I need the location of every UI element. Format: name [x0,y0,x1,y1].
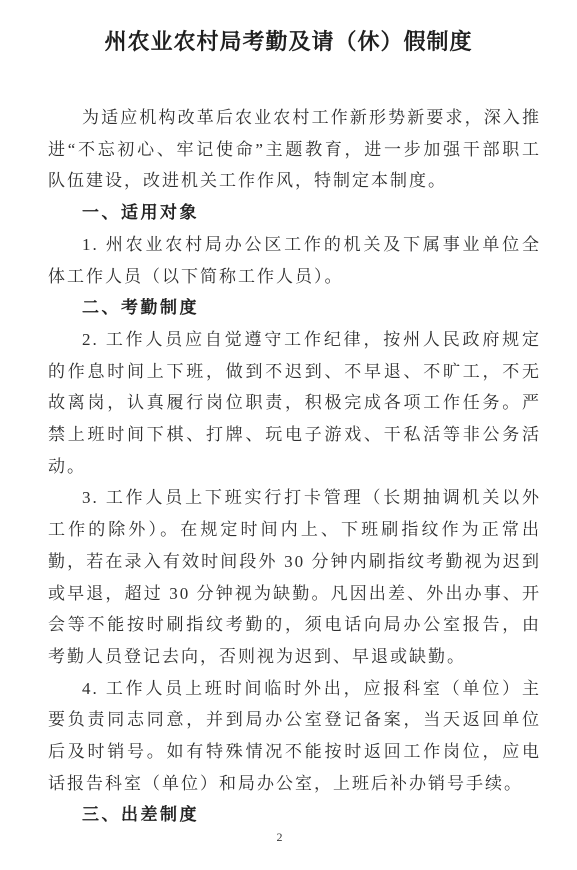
section-heading-business-trip-system: 三、出差制度 [48,799,541,831]
section-heading-attendance-system: 二、考勤制度 [48,292,541,324]
document-body: 为适应机构改革后农业农村工作新形势新要求，深入推进“不忘初心、牢记使命”主题教育… [48,102,541,831]
page-number: 2 [0,830,559,845]
paragraph-item-4: 4. 工作人员上班时间临时外出，应报科室（单位）主要负责同志同意，并到局办公室登… [48,673,541,800]
document-title: 州农业农村局考勤及请（休）假制度 [20,27,557,57]
paragraph-item-3: 3. 工作人员上下班实行打卡管理（长期抽调机关以外工作的除外）。在规定时间内上、… [48,482,541,672]
paragraph-item-2: 2. 工作人员应自觉遵守工作纪律，按州人民政府规定的作息时间上下班，做到不迟到、… [48,324,541,483]
paragraph-intro: 为适应机构改革后农业农村工作新形势新要求，深入推进“不忘初心、牢记使命”主题教育… [48,102,541,197]
paragraph-item-1: 1. 州农业农村局办公区工作的机关及下属事业单位全体工作人员（以下简称工作人员）… [48,229,541,292]
section-heading-applicable-targets: 一、适用对象 [48,197,541,229]
document-page: 州农业农村局考勤及请（休）假制度 为适应机构改革后农业农村工作新形势新要求，深入… [0,0,577,870]
